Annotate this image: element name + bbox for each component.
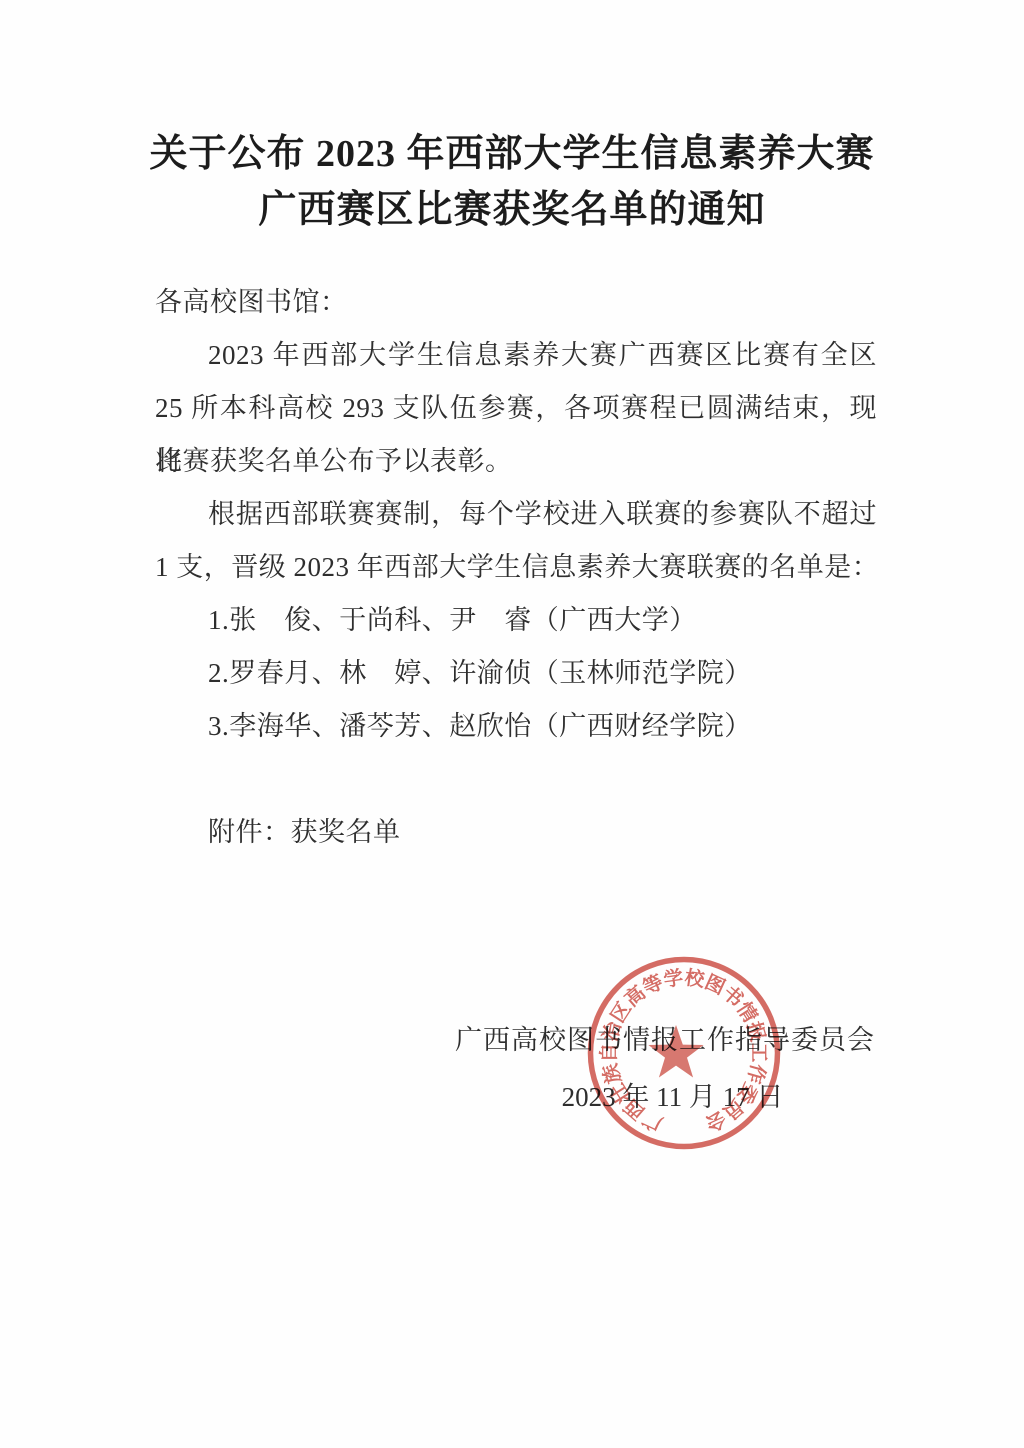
seal-ring-char: 等 [639, 970, 667, 999]
seal-ring-char: 图 [701, 971, 728, 999]
seal-ring-char: 学 [662, 966, 685, 992]
title-line-2: 广西赛区比赛获奖名单的通知 [0, 182, 1024, 238]
body-blank-line [155, 753, 877, 806]
body-line: 各高校图书馆： [155, 276, 877, 329]
document-body: 各高校图书馆：2023 年西部大学生信息素养大赛广西赛区比赛有全区25 所本科高… [155, 276, 877, 859]
body-line: 根据西部联赛赛制，每个学校进入联赛的参赛队不超过 [155, 488, 877, 541]
seal-ring-char: 高 [620, 981, 650, 1011]
document-title: 关于公布 2023 年西部大学生信息素养大赛 广西赛区比赛获奖名单的通知 [0, 126, 1024, 238]
signature-date: 2023 年 11 月 17 日 [545, 1072, 800, 1122]
seal-ring-char: 书 [718, 981, 748, 1011]
body-line: 2.罗春月、林 婷、许渝侦（玉林师范学院） [155, 647, 877, 700]
body-line: 比赛获奖名单公布予以表彰。 [155, 435, 877, 488]
body-line: 附件：获奖名单 [155, 806, 877, 859]
body-line: 3.李海华、潘芩芳、赵欣怡（广西财经学院） [155, 700, 877, 753]
body-line: 1 支，晋级 2023 年西部大学生信息素养大赛联赛的名单是： [155, 541, 877, 594]
signature-org: 广西高校图书情报工作指导委员会 [455, 1015, 875, 1065]
body-line: 2023 年西部大学生信息素养大赛广西赛区比赛有全区 [155, 329, 877, 382]
body-line: 1.张 俊、于尚科、尹 睿（广西大学） [155, 594, 877, 647]
body-line: 25 所本科高校 293 支队伍参赛，各项赛程已圆满结束，现将 [155, 382, 877, 435]
document-page: 关于公布 2023 年西部大学生信息素养大赛 广西赛区比赛获奖名单的通知 各高校… [0, 0, 1024, 1448]
title-line-1: 关于公布 2023 年西部大学生信息素养大赛 [0, 126, 1024, 182]
seal-ring-char: 校 [682, 966, 706, 992]
